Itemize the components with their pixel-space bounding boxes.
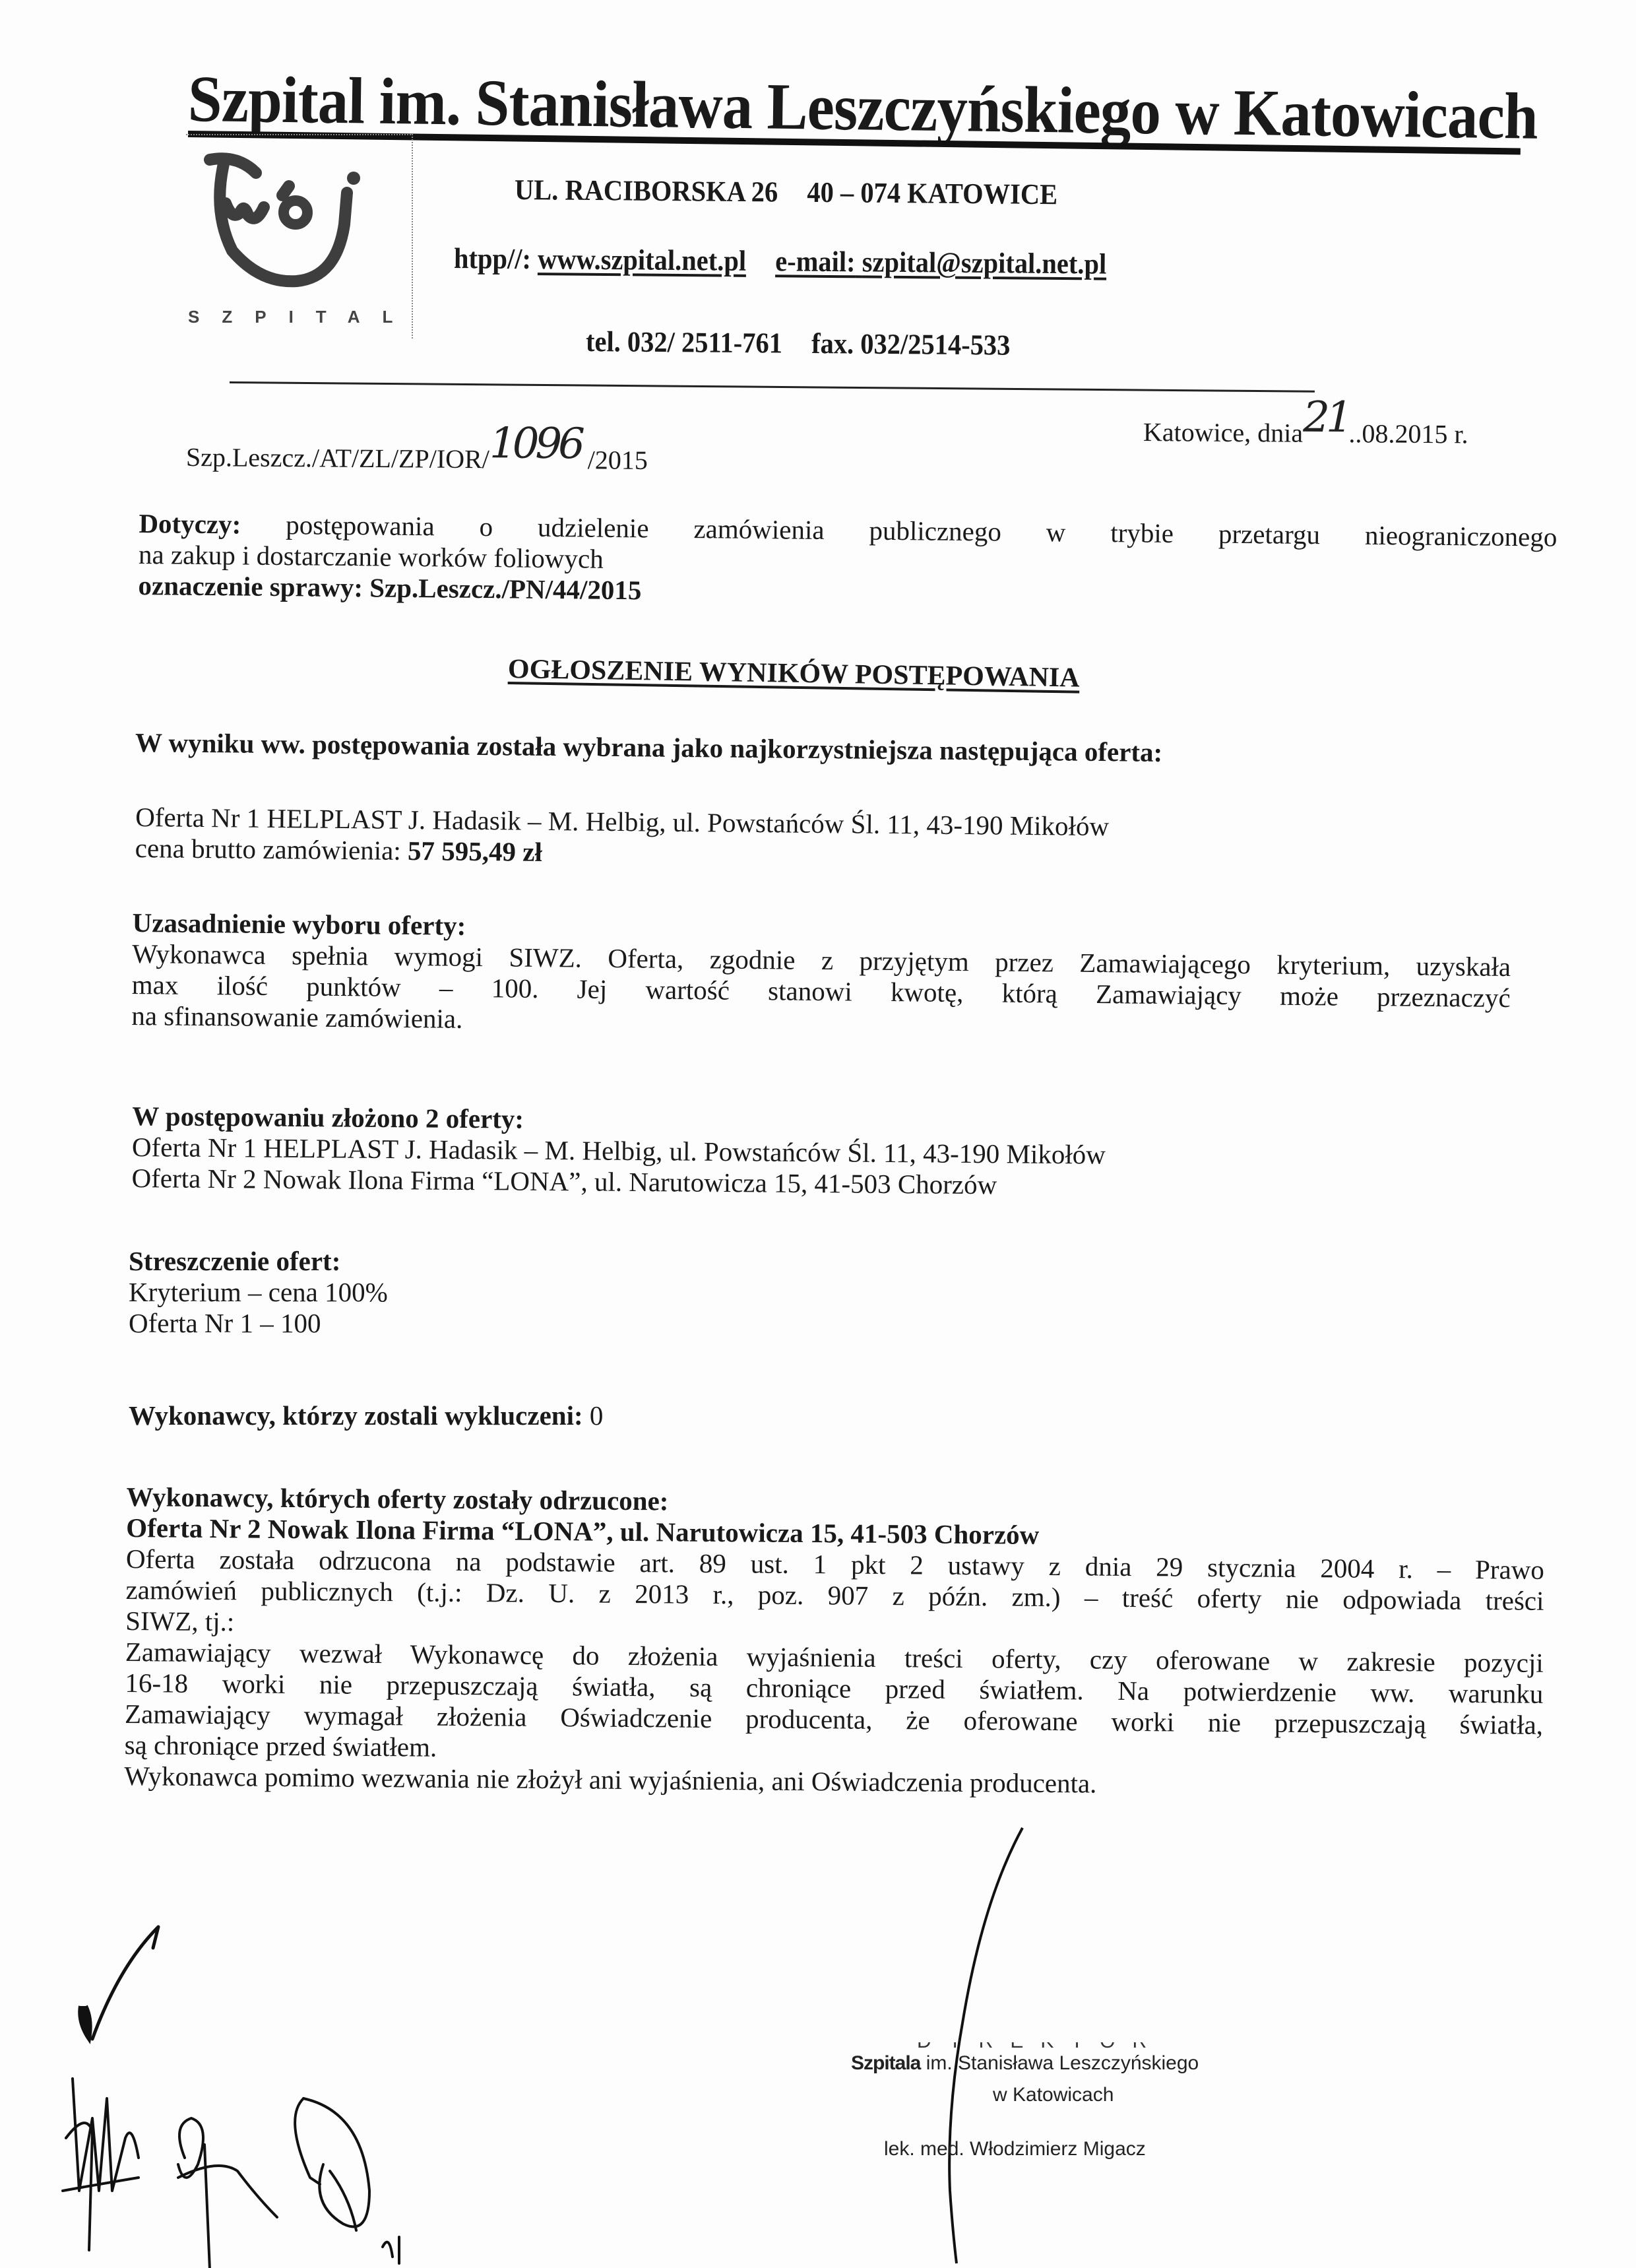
summary-criterion: Kryterium – cena 100% [129, 1277, 388, 1308]
handwritten-signature-icon [59, 2059, 429, 2268]
stamp-line-2: w Katowicach [993, 2084, 1114, 2106]
announcement-heading: OGŁOSZENIE WYNIKÓW POSTĘPOWANIA [508, 653, 1080, 694]
rejected-block: Wykonawcy, których oferty zostały odrzuc… [124, 1481, 1545, 1803]
subject-label: Dotyczy: [139, 508, 241, 539]
address-city: 40 – 074 KATOWICE [807, 176, 1057, 211]
document-date: Katowice, dnia21..08.2015 r. [1143, 403, 1468, 453]
stamp-line-1: Szpitala im. Stanisława Leszczyńskiego [851, 2052, 1199, 2075]
handwritten-reference-number: 1096 [489, 419, 581, 469]
stamp-header: DYREKTOR [917, 2042, 1164, 2053]
reference-number: Szp.Leszcz./AT/ZL/ZP/IOR/1096 /2015 [186, 428, 648, 480]
selected-offer: Oferta Nr 1 HELPLAST J. Hadasik – M. Hel… [135, 802, 1110, 873]
handwritten-initials-icon [66, 1907, 178, 2052]
excluded-count: 0 [590, 1400, 604, 1431]
logo-wordmark: SZPITAL [188, 307, 415, 327]
reference-prefix: Szp.Leszcz./AT/ZL/ZP/IOR/ [186, 442, 489, 474]
email-address: szpital@szpital.net.pl [862, 245, 1107, 280]
web-label: htpp//: [454, 242, 531, 275]
summary-block: Streszczenie ofert: Kryterium – cena 100… [129, 1246, 388, 1339]
address-line: UL. RACIBORSKA 2640 – 074 KATOWICE [515, 173, 1058, 211]
offers-submitted-block: W postępowaniu złożono 2 oferty: Oferta … [131, 1101, 1106, 1202]
date-prefix: Katowice, dnia [1143, 417, 1303, 448]
address-street: UL. RACIBORSKA 26 [515, 174, 778, 208]
phone-line: tel. 032/ 2511-761fax. 032/2514-533 [586, 325, 1011, 362]
justification-block: Uzasadnienie wyboru oferty: Wykonawca sp… [131, 907, 1511, 1045]
summary-score: Oferta Nr 1 – 100 [129, 1308, 388, 1339]
stamp-signatory: lek. med. Włodzimierz Migacz [884, 2138, 1146, 2160]
fax: fax. 032/2514-533 [811, 327, 1011, 362]
reference-suffix: /2015 [588, 445, 648, 475]
date-suffix: ..08.2015 r. [1348, 418, 1468, 449]
case-number: Szp.Leszcz./PN/44/2015 [369, 572, 642, 605]
handwritten-day: 21 [1303, 393, 1349, 442]
excluded-label: Wykonawcy, którzy zostali wykluczeni: [129, 1400, 583, 1431]
summary-title: Streszczenie ofert: [129, 1246, 388, 1277]
selection-intro: W wyniku ww. postępowania została wybran… [135, 727, 1163, 768]
document-page: Szpital im. Stanisława Leszczyńskiego w … [0, 0, 1636, 2268]
email-label: e-mail: [775, 245, 856, 278]
contact-line: htpp//: www.szpital.net.ple-mail: szpita… [454, 242, 1107, 281]
twoj-smile-logo-icon [198, 152, 396, 310]
telephone: tel. 032/ 2511-761 [586, 325, 782, 360]
website-link[interactable]: www.szpital.net.pl [538, 243, 746, 277]
email-link[interactable]: e-mail: szpital@szpital.net.pl [775, 245, 1106, 280]
header-separator [230, 381, 1315, 393]
subject-block: Dotyczy: postępowania o udzielenie zamów… [138, 508, 1557, 615]
excluded-line: Wykonawcy, którzy zostali wykluczeni: 0 [129, 1400, 603, 1431]
price-value: 57 595,49 zł [408, 835, 542, 867]
